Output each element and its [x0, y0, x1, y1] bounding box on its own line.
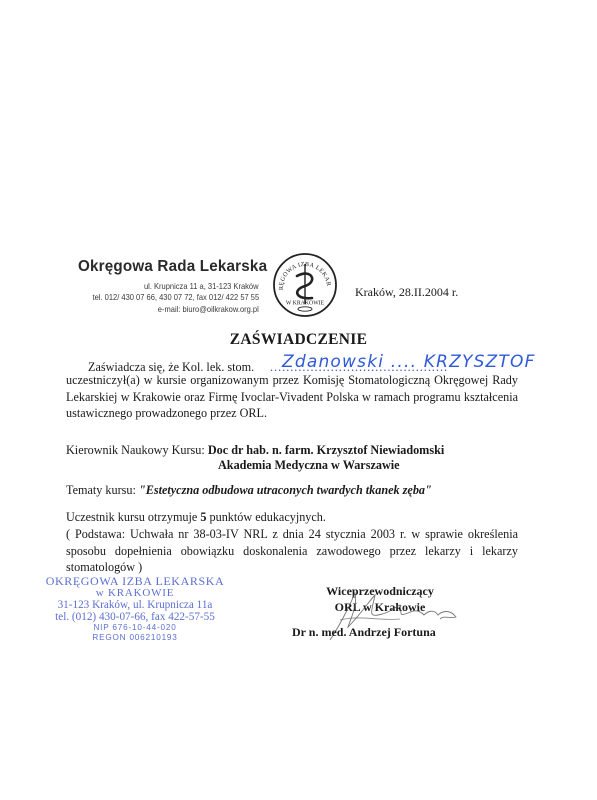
stamp-line: w KRAKOWIE — [30, 588, 240, 599]
course-director-label: Kierownik Naukowy Kursu: — [66, 443, 205, 457]
certificate-body: uczestniczył(a) w kursie organizowanym p… — [66, 372, 518, 422]
points-value: 5 — [200, 510, 206, 524]
chamber-seal-icon: OKRĘGOWA IZBA LEKARSKA W KRAKOWIE — [272, 252, 338, 318]
points-prefix: Uczestnik kursu otrzymuje — [66, 510, 197, 524]
points-suffix: punktów edukacyjnych. — [210, 510, 326, 524]
signatory-name: Dr n. med. Andrzej Fortuna — [292, 625, 436, 640]
svg-text:OKRĘGOWA IZBA LEKARSKA: OKRĘGOWA IZBA LEKARSKA — [272, 252, 332, 290]
certificate-body-line: Lekarskiej w Krakowie oraz Firmę Ivoclar… — [66, 389, 518, 406]
course-topic: "Estetyczna odbudowa utraconych twardych… — [139, 483, 432, 497]
organization-address: ul. Krupnicza 11 a, 31-123 Kraków — [144, 282, 259, 291]
organization-name: Okręgowa Rada Lekarska — [78, 258, 267, 276]
stamp-line: 31-123 Kraków, ul. Krupnicza 11a — [30, 599, 240, 611]
certificate-body-line: uczestniczył(a) w kursie organizowanym p… — [66, 372, 518, 389]
official-stamp: OKRĘGOWA IZBA LEKARSKA w KRAKOWIE 31-123… — [30, 575, 240, 643]
education-points: Uczestnik kursu otrzymuje 5 punktów eduk… — [66, 510, 326, 525]
document-title: ZAŚWIADCZENIE — [0, 331, 597, 349]
legal-basis-line: sposobu dopełnienia obowiązku doskonalen… — [66, 543, 518, 560]
legal-basis-line: ( Podstawa: Uchwała nr 38-03-IV NRL z dn… — [66, 526, 518, 543]
course-topics-label: Tematy kursu: — [66, 483, 136, 497]
organization-email: e-mail: biuro@oilkrakow.org.pl — [158, 305, 259, 314]
stamp-line: tel. (012) 430-07-66, fax 422-57-55 — [30, 611, 240, 623]
stamp-line: NIP 676-10-44-020 — [30, 623, 240, 633]
document-date: Kraków, 28.II.2004 r. — [355, 285, 458, 300]
document-title-text: ZAŚWIADCZENIE — [230, 331, 367, 348]
course-topics: Tematy kursu: "Estetyczna odbudowa utrac… — [66, 483, 432, 498]
organization-phones: tel. 012/ 430 07 66, 430 07 72, fax 012/… — [92, 293, 259, 302]
course-director-affiliation: Akademia Medyczna w Warszawie — [218, 458, 400, 473]
svg-text:W KRAKOWIE: W KRAKOWIE — [286, 301, 325, 307]
course-director: Kierownik Naukowy Kursu: Doc dr hab. n. … — [66, 442, 444, 459]
certificate-body-line: ustawicznego prowadzonego przez ORL. — [66, 405, 518, 422]
stamp-line: REGON 006210193 — [30, 633, 240, 643]
participant-name-handwritten: Zdanowski .... KRZYSZTOF — [282, 352, 536, 372]
legal-basis: ( Podstawa: Uchwała nr 38-03-IV NRL z dn… — [66, 526, 518, 576]
course-director-name: Doc dr hab. n. farm. Krzysztof Niewiadom… — [208, 443, 444, 457]
